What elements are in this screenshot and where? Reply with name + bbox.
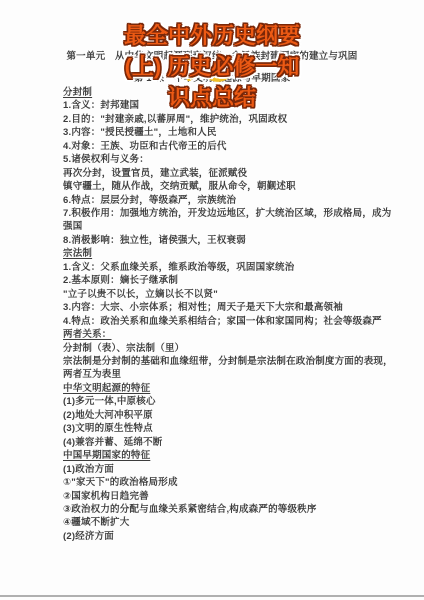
doc-line: 7.积极作用：加强地方统治，开发边远地区，扩大统治区域，形成格局，成为 <box>0 207 424 220</box>
doc-line: 3.内容："授民授疆土"，土地和人民 <box>0 126 424 139</box>
doc-line: 镇守疆土，随从作战，交纳贡赋，服从命令，朝觐述职 <box>0 180 424 193</box>
doc-line: 8.消极影响：独立性，诸侯强大，王权衰弱 <box>0 234 424 247</box>
doc-line: 1.含义：封邦建国 <box>0 99 424 112</box>
page-bottom-edge <box>0 595 424 597</box>
notes-page: 第一单元 从中华文明起源到秦汉统一多民族封建国家的建立与巩固 第 1 课 中华文… <box>0 0 424 600</box>
doc-line: (1)政治方面 <box>0 463 424 476</box>
doc-line: 强国 <box>0 220 424 233</box>
doc-lines: 分封制1.含义：封邦建国2.目的："封建亲戚,以蕃屏周"，维护统治，巩固政权3.… <box>0 86 424 543</box>
yellow-underline-accent <box>186 68 232 84</box>
doc-line: (3)文明的原生性特点 <box>0 422 424 435</box>
doc-line: 宗法制是分封制的基础和血缘纽带，分封制是宗法制在政治制度方面的表现， <box>0 355 424 368</box>
doc-line: (4)兼容并蓄、延绵不断 <box>0 436 424 449</box>
doc-line: ③政治权力的分配与血缘关系紧密结合,构成森严的等级秩序 <box>0 503 424 516</box>
doc-line: 4.对象：王族、功臣和古代帝王的后代 <box>0 140 424 153</box>
section-heading: 两者关系： <box>0 328 424 341</box>
section-heading: 分封制 <box>0 86 424 99</box>
doc-line: 5.诸侯权利与义务： <box>0 153 424 166</box>
doc-line: (2)地处大河冲积平原 <box>0 409 424 422</box>
document-body: 第一单元 从中华文明起源到秦汉统一多民族封建国家的建立与巩固 第 1 课 中华文… <box>0 50 424 543</box>
watermark-title-line1: 最全中外历史纲要 <box>0 20 424 51</box>
doc-line: ④疆域不断扩大 <box>0 516 424 529</box>
doc-line: (2)经济方面 <box>0 530 424 543</box>
doc-line: ②国家机构日趋完善 <box>0 490 424 503</box>
doc-line: 2.基本原则：嫡长子继承制 <box>0 274 424 287</box>
doc-line: 两者互为表里 <box>0 368 424 381</box>
section-heading: 中华文明起源的特征 <box>0 382 424 395</box>
section-heading: 中国早期国家的特征 <box>0 449 424 462</box>
doc-line: 3.内容：大宗、小宗体系；相对性；周天子是天下大宗和最高领袖 <box>0 301 424 314</box>
doc-line: 6.特点：层层分封，等级森严，宗族统治 <box>0 194 424 207</box>
doc-line: (1)多元一体,中原核心 <box>0 395 424 408</box>
doc-line: 2.目的："封建亲戚,以蕃屏周"，维护统治，巩固政权 <box>0 113 424 126</box>
section-heading: 宗法制 <box>0 247 424 260</box>
unit-title: 第一单元 从中华文明起源到秦汉统一多民族封建国家的建立与巩固 <box>0 50 424 63</box>
doc-line: ①"家天下"的政治格局形成 <box>0 476 424 489</box>
doc-line: 分封制（表）、宗法制（里） <box>0 342 424 355</box>
doc-line: 4.特点：政治关系和血缘关系相结合；家国一体和家国同构；社会等级森严 <box>0 315 424 328</box>
doc-line: "立子以贵不以长，立嫡以长不以贤" <box>0 288 424 301</box>
doc-line: 1.含义：父系血缘关系，维系政治等级，巩固国家统治 <box>0 261 424 274</box>
doc-line: 再次分封，设置官员，建立武装，征派赋役 <box>0 167 424 180</box>
